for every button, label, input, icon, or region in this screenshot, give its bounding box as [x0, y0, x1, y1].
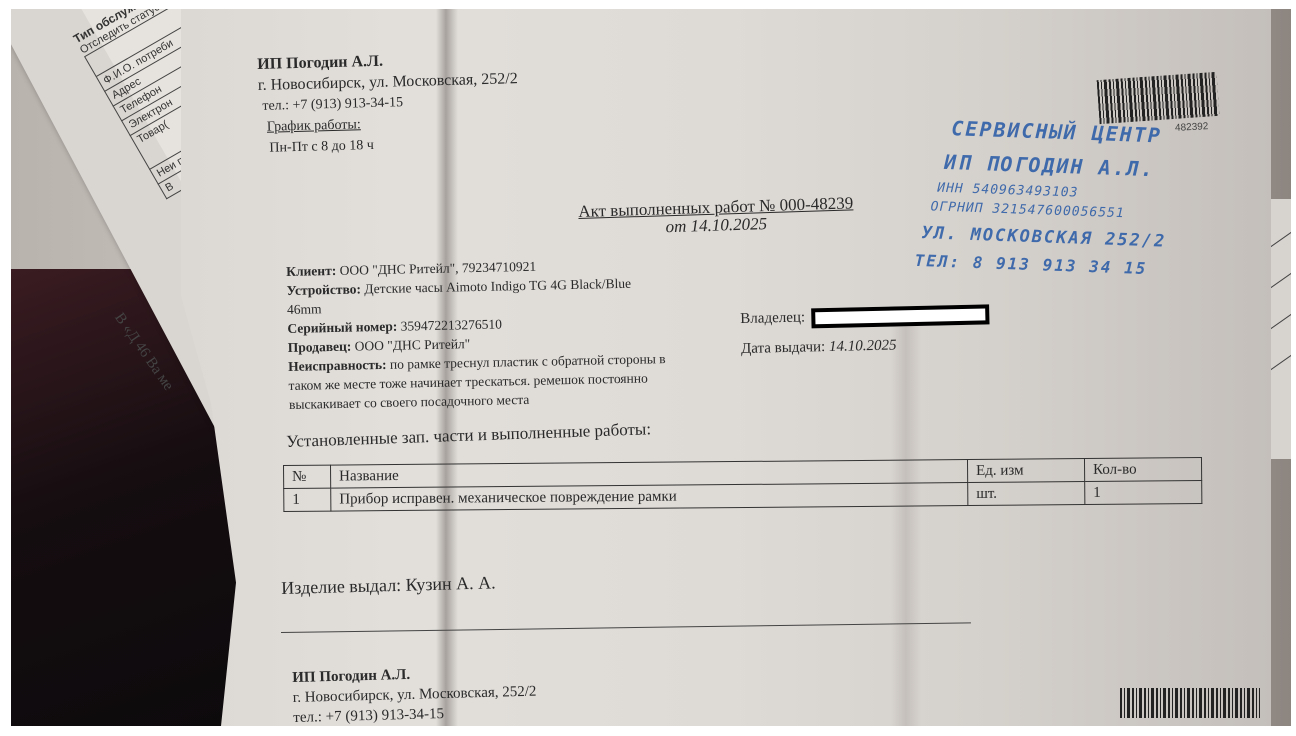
- serial-label: Серийный номер:: [287, 319, 397, 336]
- device-value: Детские часы Aimoto Indigo TG 4G Black/B…: [364, 276, 631, 297]
- issued-by-label: Изделие выдал:: [281, 575, 401, 598]
- barcode-icon: [1097, 72, 1220, 124]
- owner-label: Владелец:: [740, 310, 805, 327]
- redacted-owner-name: [811, 304, 989, 328]
- company-header: ИП Погодин А.Л. г. Новосибирск, ул. Моск…: [257, 47, 520, 159]
- issue-date-value: 14.10.2025: [829, 337, 897, 355]
- row-unit: шт.: [968, 482, 1085, 506]
- barcode-icon: [1120, 688, 1260, 718]
- seller-value: ООО "ДНС Ритейл": [355, 336, 471, 353]
- row-number: 1: [284, 488, 331, 511]
- row-qty: 1: [1085, 480, 1202, 504]
- issue-date-label: Дата выдачи:: [741, 339, 826, 357]
- barcode-number: 482392: [1175, 121, 1209, 134]
- issue-date-field: Дата выдачи: 14.10.2025: [741, 328, 990, 364]
- col-number-header: №: [284, 465, 331, 488]
- works-table: № Название Ед. изм Кол-во 1 Прибор испра…: [283, 457, 1202, 512]
- col-qty-header: Кол-во: [1084, 457, 1201, 481]
- client-label: Клиент:: [286, 263, 336, 279]
- owner-field: Владелец:: [740, 298, 989, 334]
- fault-label: Неисправность:: [288, 357, 387, 374]
- service-center-stamp: СЕРВИСНЫЙ ЦЕНТР ИП ПОГОДИН А.Л. ИНН 5409…: [914, 110, 1170, 281]
- image-border: [230, 728, 1280, 736]
- client-value: ООО "ДНС Ритейл", 79234710921: [339, 259, 536, 278]
- seller-label: Продавец:: [288, 339, 352, 355]
- col-unit-header: Ед. изм: [967, 459, 1084, 483]
- owner-block: Владелец: Дата выдачи: 14.10.2025: [740, 298, 990, 364]
- issued-by-value: Кузин А. А.: [405, 572, 496, 594]
- footer-company: ИП Погодин А.Л. г. Новосибирск, ул. Моск…: [292, 662, 537, 728]
- footer-company-name: ИП Погодин А.Л.: [292, 667, 410, 686]
- serial-value: 359472213276510: [400, 316, 502, 333]
- paper-fold-shadow: [891, 309, 921, 726]
- row-name: Прибор исправен. механическое повреждени…: [331, 483, 968, 512]
- device-label: Устройство:: [286, 281, 361, 298]
- device-info: Клиент: ООО "ДНС Ритейл", 79234710921 Ус…: [286, 254, 667, 414]
